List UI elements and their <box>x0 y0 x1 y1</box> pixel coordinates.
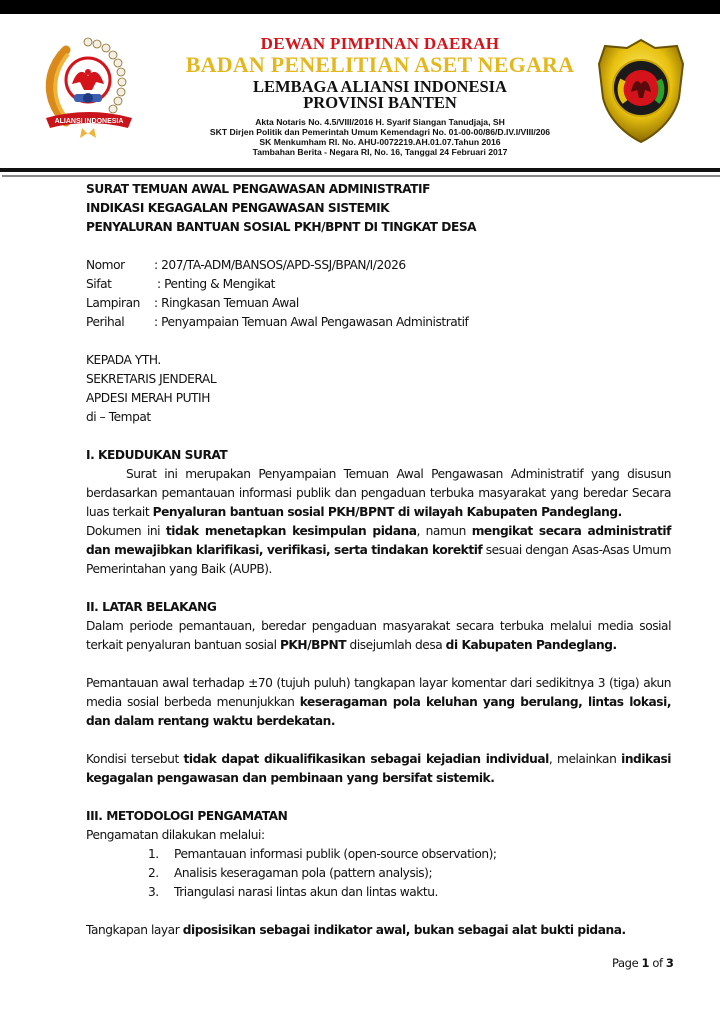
gold-badge-shield-icon <box>591 36 691 146</box>
meta-lampiran: Lampiran : Ringkasan Temuan Awal <box>86 294 671 313</box>
legal-line: SKT Dirjen Politik dan Pemerintah Umum K… <box>170 127 590 137</box>
document-title-line: PENYALURAN BANTUAN SOSIAL PKH/BPNT DI TI… <box>86 218 671 237</box>
meta-value: : 207/TA-ADM/BANSOS/APD-SSJ/BPAN/I/2026 <box>154 256 406 275</box>
letterhead-line-2: BADAN PENELITIAN ASET NEGARA <box>170 53 590 76</box>
recipient-line: APDESI MERAH PUTIH <box>86 389 671 408</box>
letterhead-line-1: DEWAN PIMPINAN DAERAH <box>170 34 590 53</box>
meta-nomor: Nomor : 207/TA-ADM/BANSOS/APD-SSJ/BPAN/I… <box>86 256 671 275</box>
page-number: Page 1 of 3 <box>612 956 674 970</box>
letterhead-text: DEWAN PIMPINAN DAERAH BADAN PENELITIAN A… <box>170 34 590 157</box>
section2-paragraph-2: Pemantauan awal terhadap ±70 (tujuh pulu… <box>86 674 671 731</box>
meta-label: Nomor <box>86 256 154 275</box>
meta-label: Sifat <box>86 275 154 294</box>
section-heading: I. KEDUDUKAN SURAT <box>86 446 671 465</box>
garuda-wreath-emblem-icon: ALIANSI INDONESIA <box>36 32 146 142</box>
letterhead-divider-thick <box>0 168 720 172</box>
section-heading: II. LATAR BELAKANG <box>86 598 671 617</box>
list-item: 3.Triangulasi narasi lintas akun dan lin… <box>148 883 671 902</box>
top-black-bar <box>0 0 720 14</box>
section1-paragraph-2: Dokumen ini tidak menetapkan kesimpulan … <box>86 522 671 579</box>
meta-value: : Penting & Mengikat <box>157 275 275 294</box>
svg-text:ALIANSI INDONESIA: ALIANSI INDONESIA <box>55 118 124 125</box>
section3-intro: Pengamatan dilakukan melalui: <box>86 826 671 845</box>
meta-label: Perihal <box>86 313 154 332</box>
meta-label: Lampiran <box>86 294 154 313</box>
document-title-line: INDIKASI KEGAGALAN PENGAWASAN SISTEMIK <box>86 199 671 218</box>
legal-line: Tambahan Berita - Negara RI, No. 16, Tan… <box>170 147 590 157</box>
letterhead-divider-thin <box>2 175 720 177</box>
section-heading: III. METODOLOGI PENGAMATAN <box>86 807 671 826</box>
letterhead-line-4: PROVINSI BANTEN <box>170 95 590 111</box>
letterhead: ALIANSI INDONESIA DEWAN PIMPINAN DAERAH … <box>0 14 720 164</box>
list-item: 2.Analisis keseragaman pola (pattern ana… <box>148 864 671 883</box>
document-title-line: SURAT TEMUAN AWAL PENGAWASAN ADMINISTRAT… <box>86 180 671 199</box>
meta-value: : Ringkasan Temuan Awal <box>154 294 299 313</box>
recipient-line: SEKRETARIS JENDERAL <box>86 370 671 389</box>
meta-perihal: Perihal : Penyampaian Temuan Awal Pengaw… <box>86 313 671 332</box>
recipient-line: di – Tempat <box>86 408 671 427</box>
document-body: SURAT TEMUAN AWAL PENGAWASAN ADMINISTRAT… <box>86 180 671 940</box>
section1-paragraph-1: Surat ini merupakan Penyampaian Temuan A… <box>86 465 671 522</box>
recipient-line: KEPADA YTH. <box>86 351 671 370</box>
meta-sifat: Sifat : Penting & Mengikat <box>86 275 671 294</box>
section2-paragraph-3: Kondisi tersebut tidak dapat dikualifika… <box>86 750 671 788</box>
legal-line: Akta Notaris No. 4.5/VIII/2016 H. Syarif… <box>170 117 590 127</box>
legal-line: SK Menkumham RI. No. AHU-0072219.AH.01.0… <box>170 137 590 147</box>
list-item: 1.Pemantauan informasi publik (open-sour… <box>148 845 671 864</box>
section3-closing: Tangkapan layar diposisikan sebagai indi… <box>86 921 671 940</box>
section2-paragraph-1: Dalam periode pemantauan, beredar pengad… <box>86 617 671 655</box>
meta-value: : Penyampaian Temuan Awal Pengawasan Adm… <box>154 313 468 332</box>
methodology-list: 1.Pemantauan informasi publik (open-sour… <box>148 845 671 902</box>
